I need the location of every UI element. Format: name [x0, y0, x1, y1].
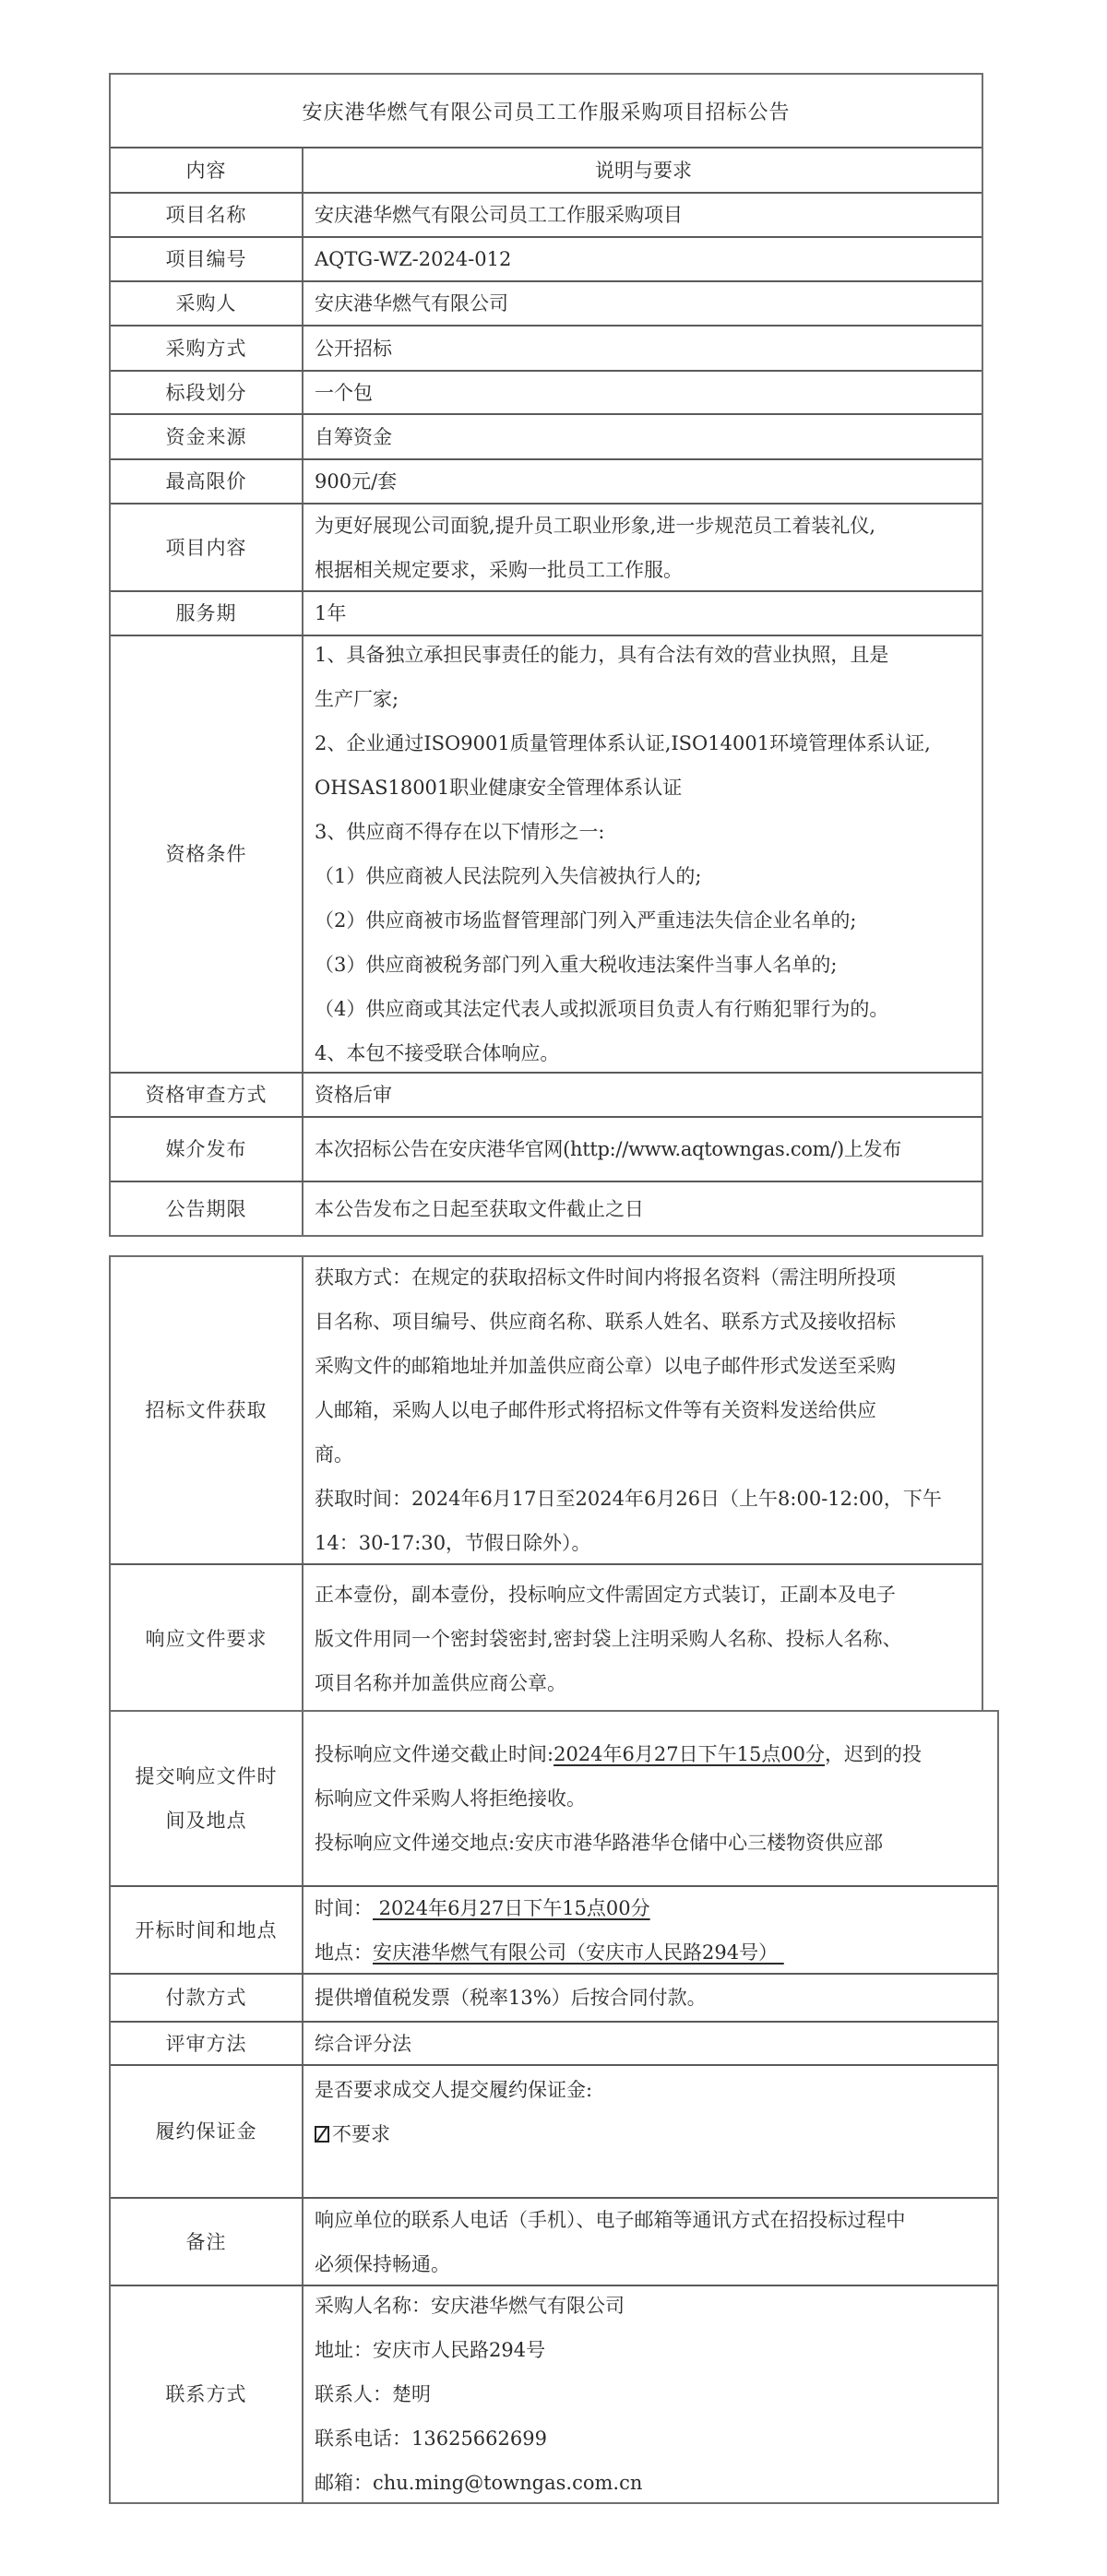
checkbox-checked-icon[interactable]: [315, 2126, 329, 2143]
table-row: 响应文件要求 正本壹份，副本壹份，投标响应文件需固定方式装订，正副本及电子 版文…: [111, 1563, 982, 1712]
table-row: 资格条件 1、具备独立承担民事责任的能力，具有合法有效的营业执照，且是 生产厂家…: [111, 635, 982, 1072]
table-row: 备注 响应单位的联系人电话（手机）、电子邮箱等通讯方式在招投标过程中 必须保持畅…: [111, 2197, 997, 2285]
opening-place-line: 地点：安庆港华燃气有限公司（安庆市人民路294号）: [315, 1930, 988, 1975]
contact-phone: 联系电话：13625662699: [315, 2416, 988, 2461]
row-value: 一个包: [315, 371, 972, 415]
row-value: 提供增值税发票（税率13%）后按合同付款。: [315, 1976, 988, 2020]
row-label: 采购人: [111, 282, 304, 325]
row-label: 公告期限: [111, 1182, 304, 1235]
obtain-line: 目名称、项目编号、供应商名称、联系人姓名、联系方式及接收招标: [315, 1300, 972, 1344]
qualification-line: （3）供应商被税务部门列入重大税收违法案件当事人名单的;: [315, 943, 972, 987]
row-label: 备注: [111, 2199, 304, 2285]
obtain-line: 14：30-17:30，节假日除外）。: [315, 1521, 972, 1565]
row-label: 开标时间和地点: [111, 1887, 304, 1973]
table-row: 公告期限 本公告发布之日起至获取文件截止之日: [111, 1181, 982, 1235]
qualification-line: 生产厂家;: [315, 677, 972, 721]
response-doc-line: 版文件用同一个密封袋密封,密封袋上注明采购人名称、投标人名称、: [315, 1617, 972, 1661]
deadline-line: 投标响应文件递交截止时间:2024年6月27日下午15点00分，迟到的投: [315, 1732, 988, 1776]
row-label: 采购方式: [111, 326, 304, 370]
qualification-line: （1）供应商被人民法院列入失信被执行人的;: [315, 854, 972, 898]
table-row: 联系方式 采购人名称：安庆港华燃气有限公司 地址：安庆市人民路294号 联系人：…: [111, 2285, 997, 2502]
table-row: 资金来源 自筹资金: [111, 413, 982, 458]
header-content: 内容: [111, 148, 304, 192]
obtain-line: 商。: [315, 1432, 972, 1477]
table-row: 资格审查方式 资格后审: [111, 1072, 982, 1116]
row-label: 项目名称: [111, 194, 304, 236]
table-row: 开标时间和地点 时间： 2024年6月27日下午15点00分 地点：安庆港华燃气…: [111, 1885, 997, 1973]
table-header: 内容 说明与要求: [111, 147, 982, 192]
row-value: 综合评分法: [315, 2022, 988, 2066]
table-row: 提交响应文件时 间及地点 投标响应文件递交截止时间:2024年6月27日下午15…: [111, 1712, 997, 1885]
row-label: 付款方式: [111, 1975, 304, 2021]
bond-option: 不要求: [315, 2112, 988, 2156]
table-row: 最高限价 900元/套: [111, 458, 982, 503]
table-row: 招标文件获取 获取方式：在规定的获取招标文件时间内将报名资料（需注明所投项 目名…: [111, 1257, 982, 1563]
row-value: 资格后审: [315, 1073, 972, 1117]
table-row: 付款方式 提供增值税发票（税率13%）后按合同付款。: [111, 1973, 997, 2021]
row-value-line: 根据相关规定要求，采购一批员工工作服。: [315, 548, 972, 592]
deadline-line: 标响应文件采购人将拒绝接收。: [315, 1776, 988, 1821]
row-value: 公开招标: [315, 326, 972, 371]
row-label: 招标文件获取: [111, 1257, 304, 1563]
row-label: 标段划分: [111, 372, 304, 413]
row-label: 最高限价: [111, 460, 304, 503]
obtain-line: 采购文件的邮箱地址并加盖供应商公章）以电子邮件形式发送至采购: [315, 1344, 972, 1388]
row-value-line: 为更好展现公司面貌,提升员工职业形象,进一步规范员工着装礼仪,: [315, 504, 972, 548]
row-value: 自筹资金: [315, 415, 972, 459]
row-label: 履约保证金: [111, 2066, 304, 2197]
contact-address: 地址：安庆市人民路294号: [315, 2328, 988, 2372]
opening-place-value: 安庆港华燃气有限公司（安庆市人民路294号）: [373, 1941, 784, 1964]
row-value: AQTG-WZ-2024-012: [315, 237, 972, 281]
submit-place-line: 投标响应文件递交地点:安庆市港华路港华仓储中心三楼物资供应部: [315, 1821, 988, 1865]
obtain-line: 获取方式：在规定的获取招标文件时间内将报名资料（需注明所投项: [315, 1255, 972, 1300]
page-title: 安庆港华燃气有限公司员工工作服采购项目招标公告: [111, 75, 982, 147]
contact-email: 邮箱：chu.ming@towngas.com.cn: [315, 2461, 988, 2505]
row-label: 资金来源: [111, 415, 304, 458]
row-value: 安庆港华燃气有限公司员工工作服采购项目: [315, 193, 972, 237]
qualification-line: 3、供应商不得存在以下情形之一:: [315, 810, 972, 854]
media-publish-value: 本次招标公告在安庆港华官网(http://www.aqtowngas.com/)…: [315, 1127, 972, 1171]
qualification-line: （2）供应商被市场监督管理部门列入严重违法失信企业名单的;: [315, 898, 972, 943]
qualification-line: OHSAS18001职业健康安全管理体系认证: [315, 766, 972, 810]
table-row: 采购方式 公开招标: [111, 325, 982, 370]
table-row: 评审方法 综合评分法: [111, 2021, 997, 2064]
table-row: 采购人 安庆港华燃气有限公司: [111, 280, 982, 325]
row-label: 项目内容: [111, 505, 304, 590]
notice-table-procedure: 招标文件获取 获取方式：在规定的获取招标文件时间内将报名资料（需注明所投项 目名…: [109, 1255, 983, 1712]
row-label: 服务期: [111, 592, 304, 635]
table-row: 项目编号 AQTG-WZ-2024-012: [111, 236, 982, 280]
table-row: 标段划分 一个包: [111, 370, 982, 413]
row-value: 安庆港华燃气有限公司: [315, 281, 972, 326]
row-label: 资格审查方式: [111, 1074, 304, 1116]
contact-person: 联系人：楚明: [315, 2372, 988, 2416]
obtain-line: 人邮箱，采购人以电子邮件形式将招标文件等有关资料发送给供应: [315, 1388, 972, 1432]
qualification-line: 2、企业通过ISO9001质量管理体系认证,ISO14001环境管理体系认证,: [315, 721, 972, 766]
deadline-value: 2024年6月27日下午15点00分: [553, 1743, 825, 1765]
table-row: 项目内容 为更好展现公司面貌,提升员工职业形象,进一步规范员工着装礼仪, 根据相…: [111, 503, 982, 590]
response-doc-line: 项目名称并加盖供应商公章。: [315, 1661, 972, 1705]
row-label-line: 提交响应文件时: [136, 1754, 278, 1798]
opening-time-value: 2024年6月27日下午15点00分: [373, 1897, 650, 1919]
remark-line: 必须保持畅通。: [315, 2242, 988, 2286]
table-row: 项目名称 安庆港华燃气有限公司员工工作服采购项目: [111, 192, 982, 236]
table-row: 媒介发布 本次招标公告在安庆港华官网(http://www.aqtowngas.…: [111, 1116, 982, 1181]
row-value: 900元/套: [315, 459, 972, 504]
row-value: 1年: [315, 591, 972, 635]
qualification-line: 1、具备独立承担民事责任的能力，具有合法有效的营业执照，且是: [315, 633, 972, 677]
table-row: 服务期 1年: [111, 590, 982, 635]
notice-table-procedure-lower: 提交响应文件时 间及地点 投标响应文件递交截止时间:2024年6月27日下午15…: [109, 1710, 999, 2504]
remark-line: 响应单位的联系人电话（手机）、电子邮箱等通讯方式在招投标过程中: [315, 2198, 988, 2242]
bond-question: 是否要求成交人提交履约保证金:: [315, 2068, 988, 2112]
contact-purchaser: 采购人名称：安庆港华燃气有限公司: [315, 2284, 988, 2328]
row-label: 响应文件要求: [111, 1565, 304, 1712]
header-description: 说明与要求: [595, 148, 692, 193]
row-label: 联系方式: [111, 2286, 304, 2502]
notice-table-main: 安庆港华燃气有限公司员工工作服采购项目招标公告 内容 说明与要求 项目名称 安庆…: [109, 73, 983, 1237]
table-row: 履约保证金 是否要求成交人提交履约保证金: 不要求: [111, 2064, 997, 2197]
row-value: 本公告发布之日起至获取文件截止之日: [315, 1187, 972, 1231]
row-label: 提交响应文件时 间及地点: [111, 1712, 304, 1885]
row-label-line: 间及地点: [166, 1798, 247, 1843]
response-doc-line: 正本壹份，副本壹份，投标响应文件需固定方式装订，正副本及电子: [315, 1573, 972, 1617]
row-label: 资格条件: [111, 636, 304, 1072]
row-label: 项目编号: [111, 238, 304, 280]
row-label: 评审方法: [111, 2023, 304, 2064]
opening-time-line: 时间： 2024年6月27日下午15点00分: [315, 1886, 988, 1930]
obtain-line: 获取时间：2024年6月17日至2024年6月26日（上午8:00-12:00，…: [315, 1477, 972, 1521]
row-label: 媒介发布: [111, 1118, 304, 1181]
qualification-line: （4）供应商或其法定代表人或拟派项目负责人有行贿犯罪行为的。: [315, 987, 972, 1031]
qualification-line: 4、本包不接受联合体响应。: [315, 1031, 972, 1075]
